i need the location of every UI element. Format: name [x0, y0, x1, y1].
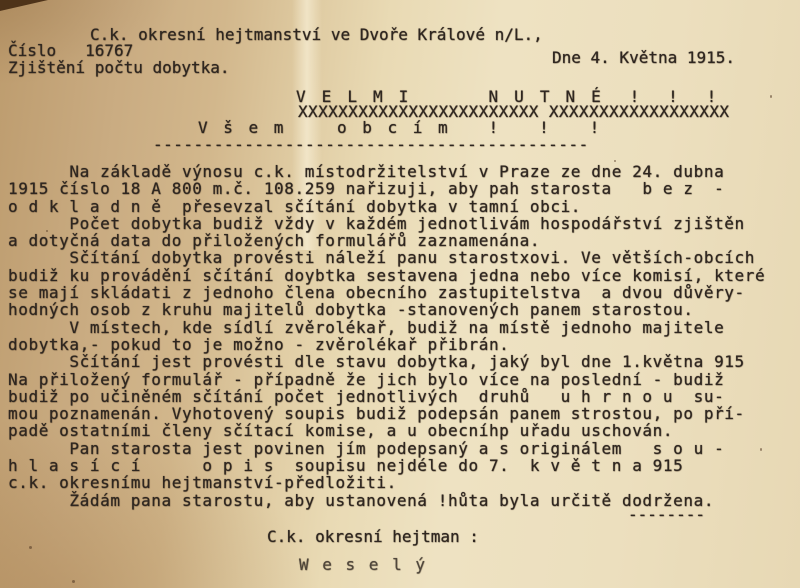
signoff-title: C.k. okresní hejtman :	[267, 528, 479, 545]
body-line: Počet dobytka budiž vždy v každém jednot…	[8, 215, 765, 232]
body-line: V místech, kde sídlí zvěrolékař, budiž n…	[8, 319, 765, 336]
body-line: Sčítání jest provésti dle stavu dobytka,…	[8, 353, 765, 370]
addressee-line: V š e m o b c í m ! ! !	[198, 119, 602, 136]
body-line: budiž po učiněném sčítání počet jednotli…	[8, 388, 765, 405]
body-line: Pan starosta jest povinen jím podepsaný …	[8, 440, 765, 457]
body-line: dobytka,- pokud to je možno - zvěrolékař…	[8, 336, 765, 353]
corner-shadow	[0, 0, 48, 11]
body-text: Na základě výnosu c.k. místodržitelství …	[8, 163, 765, 509]
body-line: padě ostatními členy sčítací komise, a u…	[8, 422, 765, 439]
dashed-underline: ----------------------------------------…	[153, 136, 589, 153]
body-line: h l a s í c í o p i s soupisu nejdéle do…	[8, 457, 765, 474]
signature-name: W e s e l ý	[299, 556, 427, 573]
body-line: hodných osob z kruhu majitelů dobytka -s…	[8, 301, 765, 318]
body-line: Na základě výnosu c.k. místodržitelství …	[8, 163, 765, 180]
file-number: Číslo 16767	[8, 42, 133, 59]
document-photo: C.k. okresní hejtmanství ve Dvoře Králov…	[0, 0, 800, 588]
body-line: budiž ku provádění sčítání doybtka sesta…	[8, 267, 765, 284]
body-line: c.k. okresnímu hejtmanství-předložiti.	[8, 474, 765, 491]
body-line: Na přiložený formulář - případně že jich…	[8, 371, 765, 388]
emphasis-dashes: --------	[628, 506, 705, 523]
body-line: Sčítání dobytka provésti náleží panu sta…	[8, 249, 765, 266]
office-line: C.k. okresní hejtmanství ve Dvoře Králov…	[90, 26, 543, 43]
body-line: se mají skládati z jednoho člena obecníh…	[8, 284, 765, 301]
body-line: o d k l a d n ě přesevzal sčítání dobytk…	[8, 198, 765, 215]
body-line: a dotyčná data do přiložených formulářů …	[8, 232, 765, 249]
date-line: Dne 4. Května 1915.	[552, 49, 735, 66]
subject-line: Zjištění počtu dobytka.	[8, 59, 230, 76]
body-line: 1915 číslo 18 A 800 m.č. 108.259 nařizuj…	[8, 180, 765, 197]
body-line: mou poznamenán. Vyhotovený soupis budiž …	[8, 405, 765, 422]
